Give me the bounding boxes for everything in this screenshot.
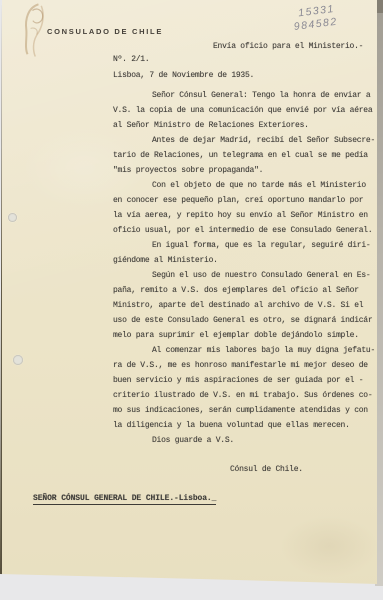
letter-line: criterio ilustrado de V.S. en mi trabajo… [113,388,381,403]
signature-title: Cónsul de Chile. [230,465,303,474]
letter-line: "mis proyectos sobre propaganda". [113,163,381,178]
letter-reference-number: Nº. 2/1. [113,55,149,64]
addressee-line: SEÑOR CÓNSUL GENERAL DE CHILE.-Lisboa._ [33,494,216,505]
letter-line: buen servicio y mis aspiraciones de ser … [113,373,381,388]
scanned-letter-screenshot: { "annotations": { "pencil_number_1": "1… [0,0,383,600]
letter-line: la vía aerea, y repito hoy su envío al S… [113,208,381,223]
letter-page: CONSULADO DE CHILE 15331 984582 Envía of… [0,0,383,600]
letter-line: uso de este Consulado General es otro, s… [113,313,381,328]
letter-line: en conocer ese pequeño plan, creí oportu… [113,193,381,208]
letter-line: Señor Cónsul General: Tengo la honra de … [113,88,381,103]
paper-left-edge [0,0,2,576]
letter-line: ra de V.S., me es honroso manifestarle m… [113,358,381,373]
letter-line: Según el uso de nuestro Consulado Genera… [113,268,381,283]
letter-subject: Envía oficio para el Ministerio.- [213,42,363,51]
letter-line: mo sus indicaciones, serán cumplidamente… [113,403,381,418]
punch-hole-top [8,213,17,222]
letter-dateline: Lisboa, 7 de Noviembre de 1935. [113,71,254,80]
letter-line: oficio usual, por el intermedio de ese C… [113,223,381,238]
letter-line: paña, remito a V.S. dos ejemplares del o… [113,283,381,298]
letter-line: melo para suprimir el ejemplar doble dej… [113,328,381,343]
letter-line: la diligencia y la buena voluntad que el… [113,418,381,433]
letter-line: Con el objeto de que no tarde más el Min… [113,178,381,193]
letter-line: Ministro, aparte del destinado al archiv… [113,298,381,313]
letter-line: V.S. la copia de una comunicación que en… [113,103,381,118]
letter-line: tario de Relaciones, un telegrama en el … [113,148,381,163]
letter-line: Antes de dejar Madrid, recibí del Señor … [113,133,381,148]
punch-hole-bottom [13,355,23,365]
letter-body: Señor Cónsul General: Tengo la honra de … [113,88,381,433]
letter-line: Al comenzar mis labores bajo la muy dign… [113,343,381,358]
letterhead-title: CONSULADO DE CHILE [47,27,163,36]
scan-corner-mark [376,0,383,13]
letter-line: giéndome al Ministerio. [113,253,381,268]
letter-line: En igual forma, que es la regular, segui… [113,238,381,253]
pencil-annotation: 15331 984582 [298,3,339,33]
letter-farewell: Dios guarde a V.S. [152,436,234,445]
letter-line: al Señor Ministro de Relaciones Exterior… [113,118,381,133]
